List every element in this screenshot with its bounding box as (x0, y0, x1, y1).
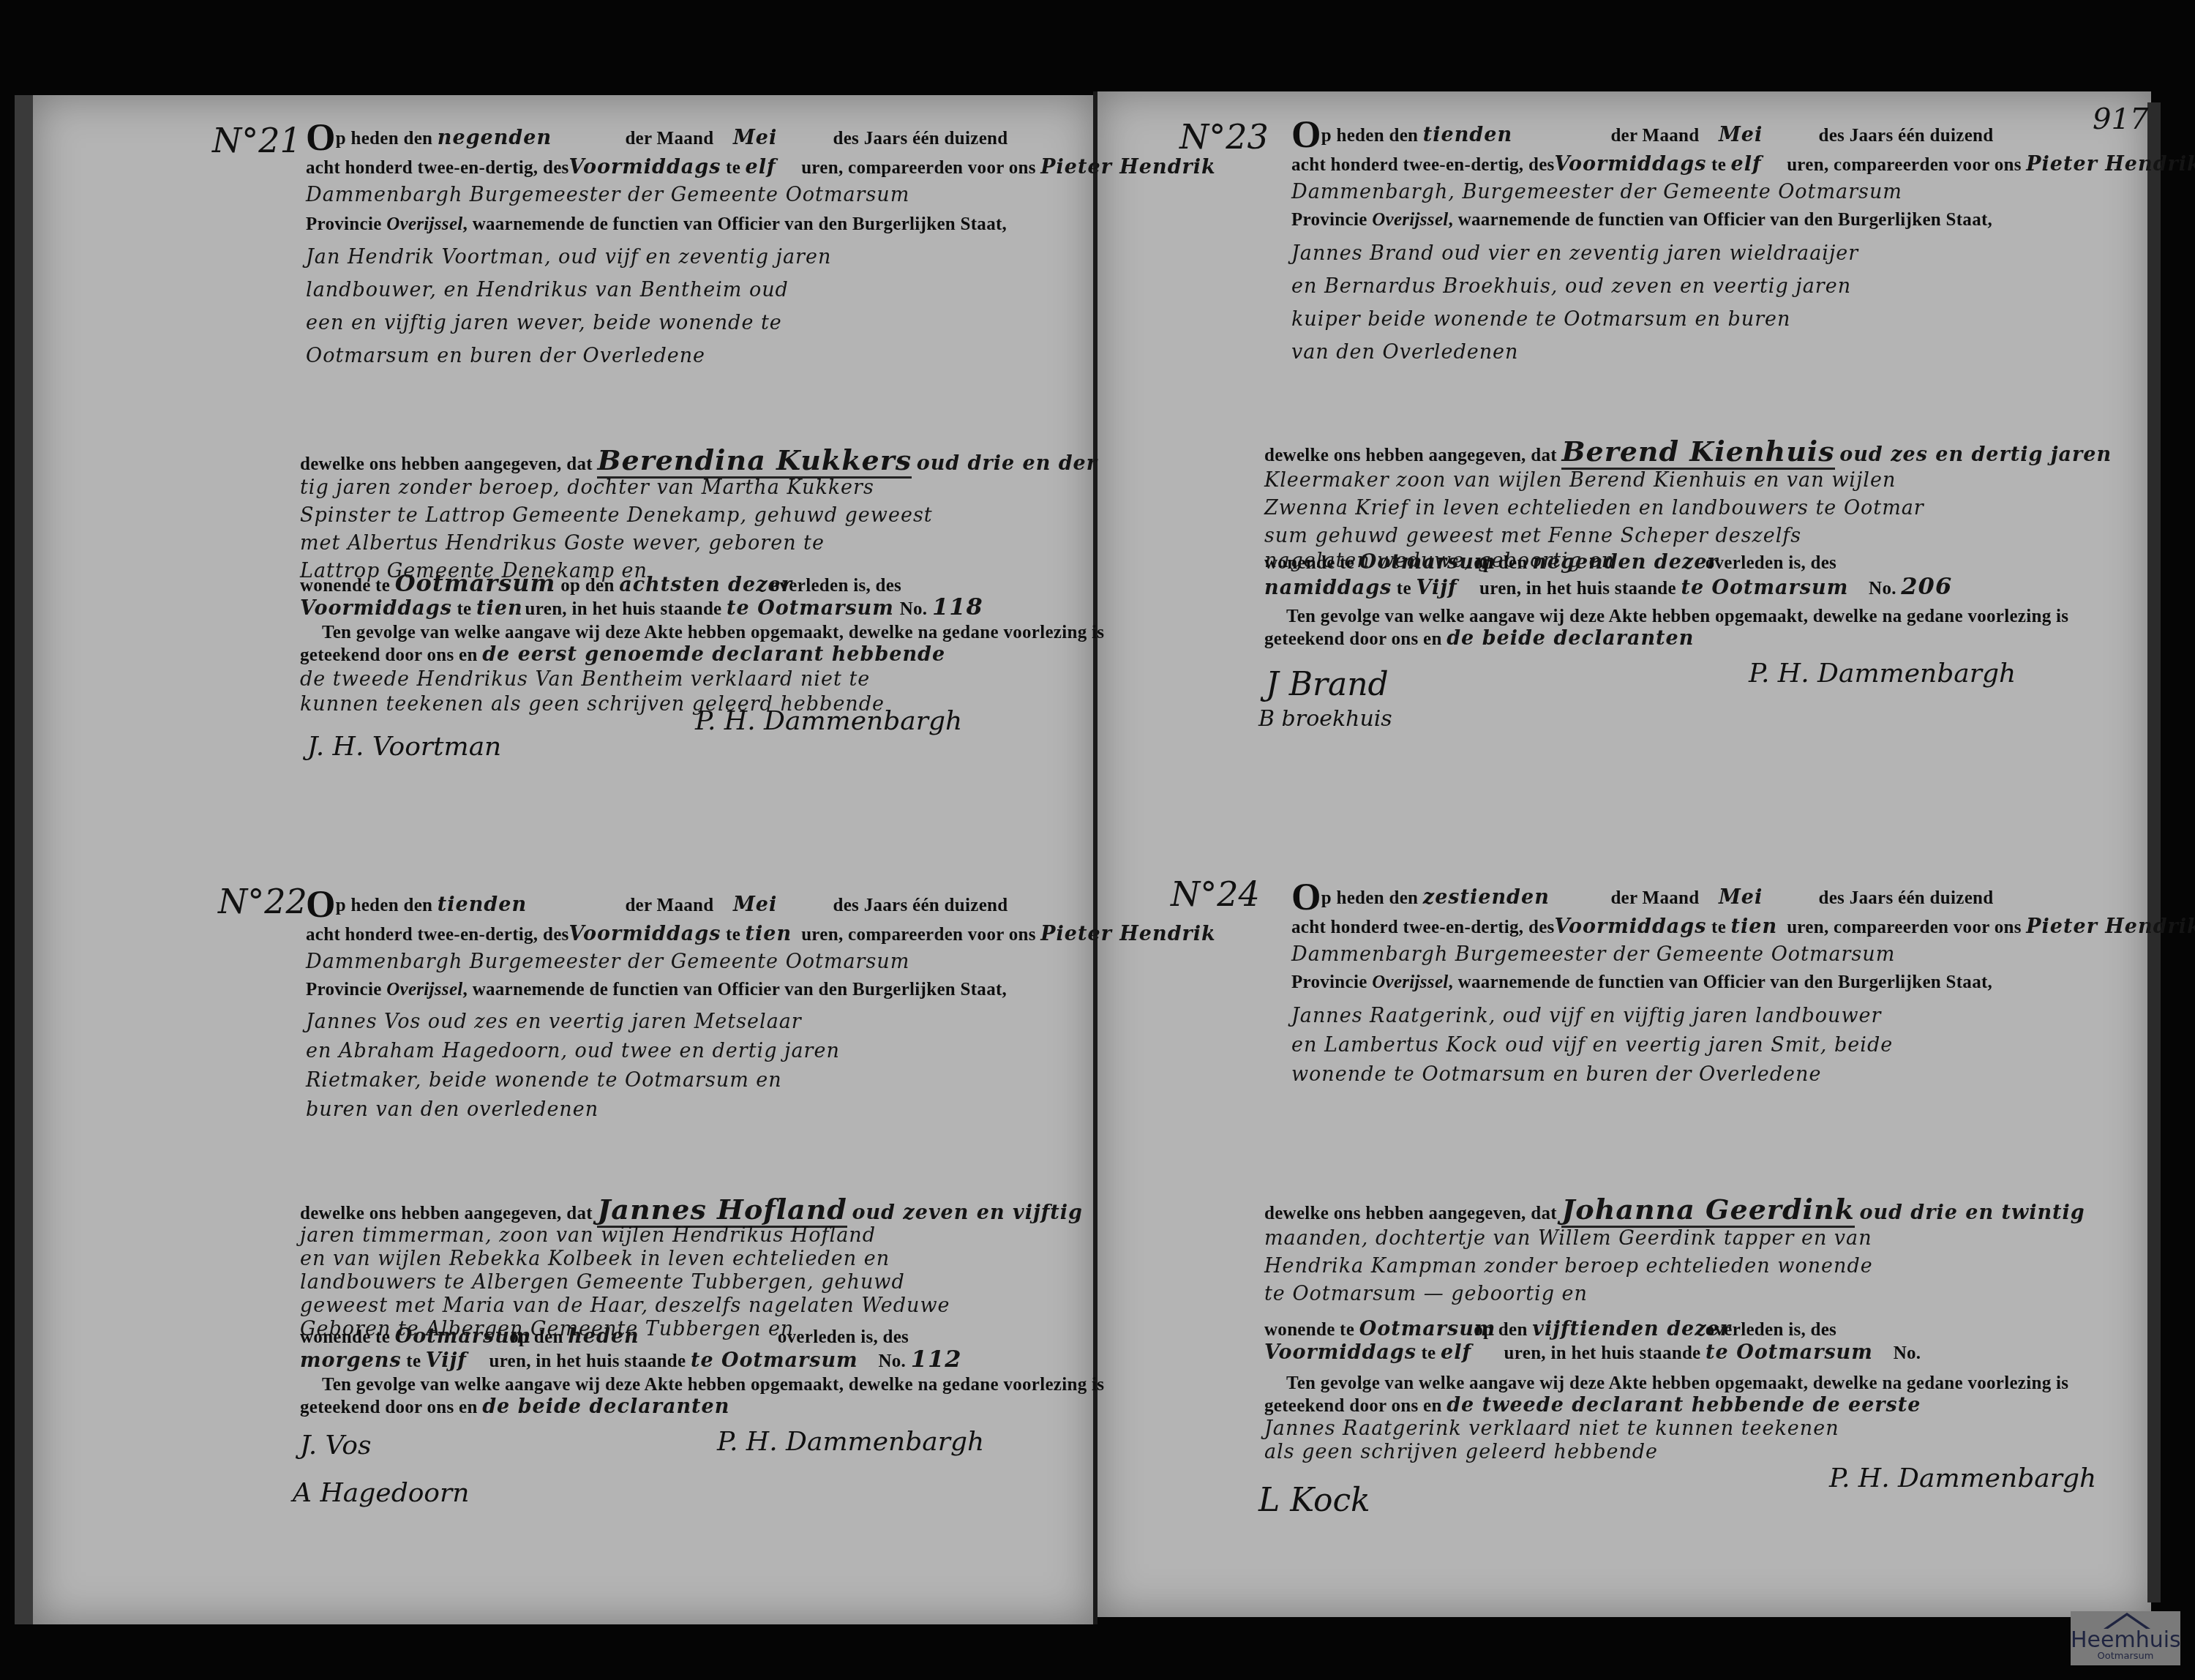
printed-text: , waarnemende de functien van Officier v… (463, 980, 1008, 1000)
daypart-value: Voormiddags (1264, 1341, 1417, 1364)
month-value: Mei (1719, 123, 1814, 148)
witness-line: een en vijftig jaren wever, beide wonend… (306, 311, 782, 336)
signed-by-text: de beide declaranten (1447, 627, 1694, 650)
printed-text: overleden is, des (1706, 553, 1836, 573)
province-name: Overijssel (1372, 210, 1448, 230)
day-value: zestienden (1423, 885, 1606, 910)
daypart-value: Voormiddags (1555, 153, 1707, 176)
signature-declarant: B broekhuis (1258, 706, 1392, 732)
printed-text: te (1711, 155, 1726, 175)
detail-line: sum gehuwd geweest met Fenne Scheper des… (1264, 524, 1801, 549)
hour-value: Vijf (426, 1349, 484, 1373)
printed-text: Provincie (1291, 210, 1367, 230)
printed-text: wonende te (300, 1327, 390, 1347)
witness-line: buren van den overledenen (306, 1098, 599, 1122)
printed-text: uren, in het huis staande (489, 1351, 686, 1371)
printed-text: Provincie (306, 214, 382, 234)
record-line-residence: wonende te Ootmarsum op den vijftienden … (1264, 1317, 1836, 1343)
printed-text: geteekend door ons en (1264, 1396, 1442, 1416)
printed-text: wonende te (300, 576, 390, 596)
official-name: Pieter Hendrik (1040, 156, 1215, 179)
house-number: 118 (932, 593, 983, 620)
printed-text: wonende te (1264, 1320, 1354, 1340)
printed-text: No. (900, 599, 928, 619)
printed-text: uren, compareerden voor ons (801, 925, 1036, 945)
printed-text: op den (509, 1327, 563, 1347)
printed-text: des Jaars één duizend (1819, 126, 1994, 146)
initial-o: O (1291, 877, 1321, 918)
signature-declarant: J. Vos (300, 1430, 371, 1460)
printed-text: des Jaars één duizend (833, 896, 1008, 915)
detail-line: Zwenna Krief in leven echtelieden en lan… (1264, 496, 1924, 521)
hour-value: tien (1731, 915, 1782, 940)
residence-value: Ootmarsum (1359, 1317, 1469, 1342)
record-number: N°23 (1179, 117, 1269, 157)
record-line-date: Op heden den negenden der Maand Mei des … (306, 126, 1008, 151)
deceased-name: Jannes Hofland (597, 1193, 847, 1228)
printed-text: des Jaars één duizend (833, 129, 1008, 149)
detail-line: Spinster te Lattrop Gemeente Denekamp, g… (300, 503, 933, 528)
signed-by-text: de eerst genoemde declarant hebbende (482, 643, 945, 666)
printed-text: Ten gevolge van welke aangave wij deze A… (322, 1373, 1104, 1398)
house-roof-icon (2104, 1613, 2150, 1629)
record-line-province: Provincie Overijssel, waarnemende de fun… (306, 978, 1007, 1002)
witness-line: landbouwer, en Hendrikus van Bentheim ou… (306, 278, 789, 303)
record-line-date: Op heden den tienden der Maand Mei des J… (306, 893, 1008, 918)
death-day-value: negenden dezer (1532, 550, 1700, 575)
printed-text: te (1397, 579, 1411, 599)
printed-text: , waarnemende de functien van Officier v… (463, 214, 1008, 234)
month-value: Mei (733, 126, 828, 151)
house-value: te Ootmarsum (691, 1349, 874, 1373)
official-title: Dammenbargh, Burgemeester der Gemeente O… (1291, 180, 1902, 205)
province-name: Overijssel (386, 214, 462, 234)
daypart-value: Voormiddags (569, 923, 721, 945)
daypart-value: morgens (300, 1349, 402, 1372)
signature-mayor: P. H. Dammenbargh (1829, 1463, 2096, 1493)
printed-text: dewelke ons hebben aangegeven, dat (1264, 1204, 1557, 1223)
printed-text: wonende te (1264, 553, 1354, 573)
hour-value: elf (746, 155, 797, 180)
page-number: 917 (2093, 102, 2148, 136)
printed-text: dewelke ons hebben aangegeven, dat (300, 454, 593, 474)
printed-text: No. (1869, 579, 1896, 599)
record-line-house: morgens te Vijf uren, in het huis staand… (300, 1346, 962, 1374)
signature-declarant: L Kock (1258, 1482, 1370, 1519)
witness-line: kuiper beide wonende te Ootmarsum en bur… (1291, 307, 1790, 332)
printed-text: te (1421, 1343, 1436, 1363)
detail-line: geweest met Maria van de Haar, deszelfs … (300, 1294, 950, 1319)
signature-mayor: P. H. Dammenbargh (717, 1427, 984, 1457)
printed-text: Provincie (1291, 972, 1367, 992)
signed-by-text: de tweede Hendrikus Van Bentheim verklaa… (300, 667, 870, 692)
signature-declarant: J. H. Voortman (307, 732, 501, 762)
month-value: Mei (1719, 885, 1814, 910)
printed-text: p heden den (1321, 126, 1419, 146)
printed-text: der Maand (1610, 888, 1699, 908)
printed-text: Ten gevolge van welke aangave wij deze A… (1286, 1371, 2068, 1396)
day-value: tienden (438, 893, 620, 918)
record-line-declaration: dewelke ons hebben aangegeven, dat Beren… (300, 448, 1097, 477)
witness-line: Rietmaker, beide wonende te Ootmarsum en (306, 1068, 782, 1093)
record-line-province: Provincie Overijssel, waarnemende de fun… (306, 212, 1007, 237)
printed-text: geteekend door ons en (1264, 629, 1442, 649)
detail-line: Hendrika Kampman zonder beroep echtelied… (1264, 1254, 1873, 1279)
detail-line: tig jaren zonder beroep, dochter van Mar… (300, 476, 874, 500)
house-value: te Ootmarsum (1706, 1340, 1888, 1365)
month-value: Mei (733, 893, 828, 918)
initial-o: O (1291, 114, 1321, 156)
printed-text: te (726, 158, 740, 178)
official-title: Dammenbargh Burgemeester der Gemeente Oo… (1291, 942, 1895, 967)
official-name: Pieter Hendrik (1040, 923, 1215, 945)
detail-line: maanden, dochtertje van Willem Geerdink … (1264, 1226, 1872, 1251)
watermark-name: Heemhuis (2071, 1629, 2180, 1652)
witness-line: Jannes Raatgerink, oud vijf en vijftig j… (1291, 1004, 1881, 1029)
detail-line: te Ootmarsum — geboortig en (1264, 1282, 1588, 1307)
printed-text: Ten gevolge van welke aangave wij deze A… (322, 620, 1104, 645)
signature-mayor: P. H. Dammenbargh (695, 706, 962, 736)
detail-line: Kleermaker zoon van wijlen Berend Kienhu… (1264, 468, 1896, 493)
signed-by-text: Jannes Raatgerink verklaard niet te kunn… (1264, 1417, 1839, 1441)
printed-text: te (726, 925, 740, 945)
province-name: Overijssel (386, 980, 462, 1000)
deceased-name: Johanna Geerdink (1561, 1193, 1854, 1228)
printed-text: uren, in het huis staande (1504, 1343, 1701, 1363)
signed-by-text: de beide declaranten (482, 1395, 729, 1418)
printed-text: acht honderd twee-en-dertig, des (306, 925, 569, 945)
residence-value: Ootmarsum (395, 1324, 505, 1349)
daypart-value: Voormiddags (300, 597, 452, 620)
death-day-value: vijftienden dezer (1532, 1317, 1700, 1342)
printed-text: op den (560, 576, 614, 596)
record-number: N°21 (212, 121, 301, 160)
printed-text: overleden is, des (770, 576, 901, 596)
record-line-province: Provincie Overijssel, waarnemende de fun… (1291, 970, 1992, 995)
witness-line: en Lambertus Kock oud vijf en veertig ja… (1291, 1033, 1893, 1058)
witness-line: Jannes Brand oud vier en zeventig jaren … (1291, 241, 1858, 266)
deceased-name: Berendina Kukkers (597, 443, 912, 479)
printed-text: No. (1894, 1343, 1921, 1363)
house-value: te Ootmarsum (727, 596, 895, 621)
signed-by-text: de tweede declarant hebbende de eerste (1447, 1394, 1921, 1417)
watermark-place: Ootmarsum (2071, 1651, 2180, 1662)
deceased-age: oud zeven en vijftig (852, 1201, 1082, 1224)
printed-text: overleden is, des (778, 1327, 909, 1347)
record-line-house: Voormiddags te tien uren, in het huis st… (300, 594, 983, 622)
official-name: Pieter Hendrik (2026, 153, 2195, 176)
record-number: N°24 (1171, 874, 1260, 914)
province-name: Overijssel (1372, 972, 1448, 992)
record-number: N°22 (218, 882, 307, 921)
printed-text: te (457, 599, 471, 619)
printed-text: p heden den (336, 129, 433, 149)
record-line-house: namiddags te Vijf uren, in het huis staa… (1264, 574, 1952, 601)
residence-value: Ootmarsum (1359, 550, 1469, 575)
record-line-time: acht honderd twee-en-dertig, desVoormidd… (1291, 152, 2195, 178)
record-line-date: Op heden den tienden der Maand Mei des J… (1291, 123, 1993, 149)
printed-text: acht honderd twee-en-dertig, des (1291, 918, 1555, 937)
detail-line: landbouwers te Albergen Gemeente Tubberg… (300, 1270, 905, 1295)
detail-line: en van wijlen Rebekka Kolbeek in leven e… (300, 1247, 890, 1272)
hour-value: Vijf (1416, 576, 1474, 601)
record-line-date: Op heden den zestienden der Maand Mei de… (1291, 885, 1993, 911)
day-value: tienden (1423, 123, 1606, 148)
record-line-signed: geteekend door ons en de beide declarant… (300, 1395, 729, 1420)
record-line-residence: wonende te Ootmarsum op den negenden dez… (1264, 550, 1836, 576)
daypart-value: namiddags (1264, 577, 1392, 599)
witness-line: Jannes Vos oud zes en veertig jaren Mets… (306, 1010, 802, 1035)
record-line-time: acht honderd twee-en-dertig, desVoormidd… (1291, 915, 2195, 940)
signature-declarant: J Brand (1266, 666, 1389, 703)
daypart-value: Voormiddags (1555, 915, 1707, 938)
day-value: negenden (438, 126, 620, 151)
printed-text: dewelke ons hebben aangegeven, dat (300, 1204, 593, 1223)
house-value: te Ootmarsum (1681, 576, 1864, 601)
death-day-value: heden (568, 1324, 773, 1349)
signature-mayor: P. H. Dammenbargh (1749, 659, 2016, 689)
official-name: Pieter Hendrik (2026, 915, 2195, 938)
signed-by-text: als geen schrijven geleerd hebbende (1264, 1440, 1658, 1465)
printed-text: geteekend door ons en (300, 645, 478, 665)
house-number: 112 (911, 1345, 962, 1373)
signature-declarant: A Hagedoorn (293, 1478, 469, 1508)
printed-text: dewelke ons hebben aangegeven, dat (1264, 446, 1557, 465)
detail-line: met Albertus Hendrikus Goste wever, gebo… (300, 531, 825, 556)
hour-value: tien (746, 922, 797, 947)
printed-text: uren, in het huis staande (1479, 579, 1676, 599)
record-line-time: acht honderd twee-en-dertig, desVoormidd… (306, 922, 1216, 948)
printed-text: , waarnemende de functien van Officier v… (1449, 972, 1993, 992)
printed-text: uren, compareerden voor ons (1787, 155, 2022, 175)
record-line-signed: geteekend door ons en de eerst genoemde … (300, 642, 945, 668)
deceased-age: oud zes en dertig jaren (1839, 443, 2112, 466)
witness-line: en Abraham Hagedoorn, oud twee en dertig… (306, 1039, 840, 1064)
printed-text: des Jaars één duizend (1819, 888, 1994, 908)
printed-text: der Maand (625, 129, 713, 149)
deceased-age: oud drie en twintig (1859, 1201, 2085, 1224)
witness-line: Jan Hendrik Voortman, oud vijf en zevent… (306, 245, 831, 270)
book-edge-right (2147, 102, 2161, 1602)
record-line-declaration: dewelke ons hebben aangegeven, dat Johan… (1264, 1197, 2085, 1226)
printed-text: der Maand (1610, 126, 1699, 146)
printed-text: uren, compareerden voor ons (801, 158, 1036, 178)
record-line-signed: geteekend door ons en de tweede declaran… (1264, 1393, 1921, 1419)
residence-value: Ootmarsum (395, 571, 556, 596)
printed-text: Provincie (306, 980, 382, 1000)
record-line-province: Provincie Overijssel, waarnemende de fun… (1291, 208, 1992, 233)
witness-line: wonende te Ootmarsum en buren der Overle… (1291, 1062, 1821, 1087)
witness-line: Ootmarsum en buren der Overledene (306, 344, 705, 369)
printed-text: te (1711, 918, 1726, 937)
printed-text: , waarnemende de functien van Officier v… (1449, 210, 1993, 230)
book-edge-left (15, 95, 35, 1624)
house-number: 206 (1901, 572, 1952, 600)
witness-line: van den Overledenen (1291, 340, 1518, 365)
printed-text: op den (1474, 553, 1527, 573)
printed-text: Ten gevolge van welke aangave wij deze A… (1286, 604, 2068, 629)
detail-line: jaren timmerman, zoon van wijlen Hendrik… (300, 1223, 876, 1248)
printed-text: op den (1474, 1320, 1527, 1340)
printed-text: acht honderd twee-en-dertig, des (306, 158, 569, 178)
record-line-declaration: dewelke ons hebben aangegeven, dat Beren… (1264, 439, 2112, 468)
record-line-time: acht honderd twee-en-dertig, desVoormidd… (306, 155, 1216, 181)
daypart-value: Voormiddags (569, 156, 721, 179)
official-title: Dammenbargh Burgemeester der Gemeente Oo… (306, 950, 909, 975)
record-line-signed: geteekend door ons en de beide declarant… (1264, 626, 1694, 652)
printed-text: der Maand (625, 896, 713, 915)
initial-o: O (306, 117, 336, 159)
record-line-house: Voormiddags te elf uren, in het huis sta… (1264, 1340, 1921, 1366)
printed-text: No. (878, 1351, 906, 1371)
printed-text: te (406, 1351, 421, 1371)
printed-text: uren, compareerden voor ons (1787, 918, 2022, 937)
printed-text: acht honderd twee-en-dertig, des (1291, 155, 1555, 175)
printed-text: overleden is, des (1706, 1320, 1836, 1340)
official-title: Dammenbargh Burgemeester der Gemeente Oo… (306, 183, 909, 208)
printed-text: p heden den (1321, 888, 1419, 908)
initial-o: O (306, 884, 336, 926)
printed-text: geteekend door ons en (300, 1398, 478, 1417)
hour-value: tien (476, 596, 520, 621)
deceased-age: oud drie en der (917, 452, 1097, 475)
witness-line: en Bernardus Broekhuis, oud zeven en vee… (1291, 274, 1851, 299)
record-line-declaration: dewelke ons hebben aangegeven, dat Janne… (300, 1197, 1083, 1226)
hour-value: elf (1731, 152, 1782, 177)
printed-text: p heden den (336, 896, 433, 915)
deceased-name: Berend Kienhuis (1561, 435, 1834, 470)
printed-text: uren, in het huis staande (525, 599, 722, 619)
heemhuis-watermark-logo: Heemhuis Ootmarsum (2071, 1611, 2180, 1665)
hour-value: elf (1441, 1340, 1499, 1365)
